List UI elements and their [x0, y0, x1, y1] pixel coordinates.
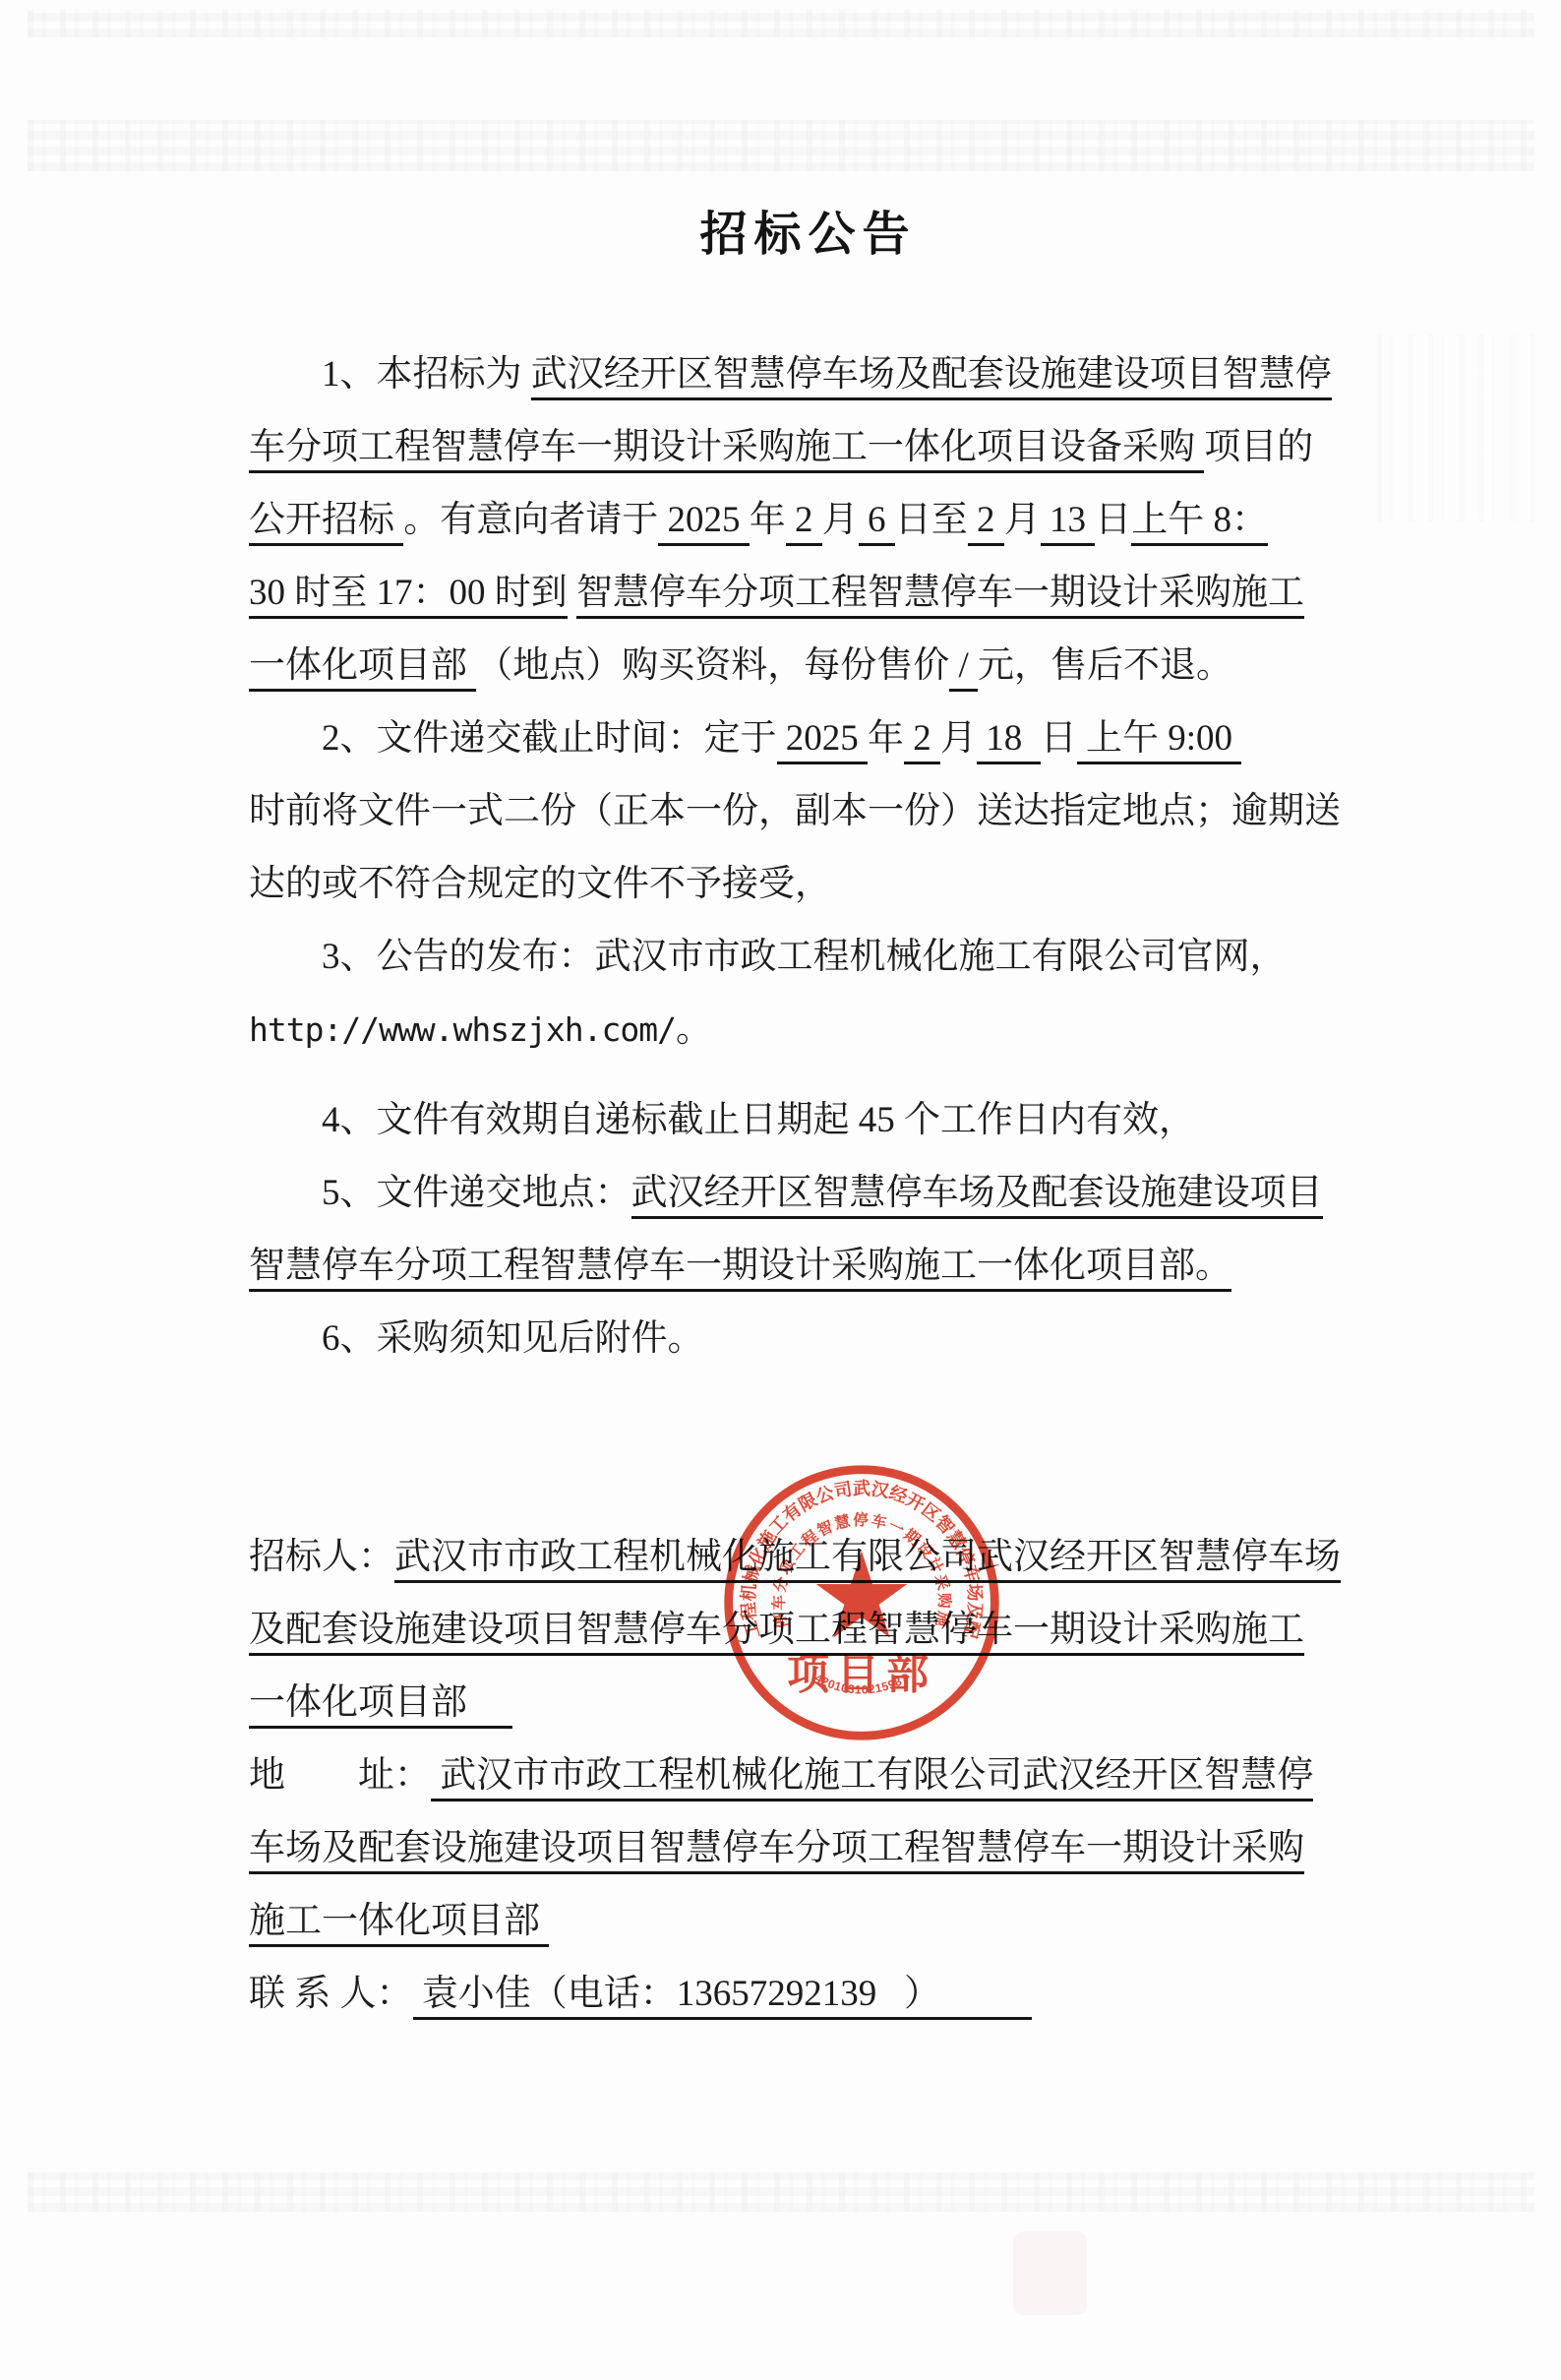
filled-blank-text: 智慧停车分项工程智慧停车一期设计采购施工一体化项目部。	[249, 1246, 1231, 1292]
text-segment: 日	[1095, 500, 1131, 540]
filled-blank-text: 公开招标	[249, 500, 403, 546]
scan-noise-top	[28, 10, 1534, 37]
filled-blank-text: 2	[904, 718, 940, 764]
text-segment: 日	[1041, 718, 1077, 759]
text-segment: （地点）购买资料，每份售价	[476, 645, 949, 686]
doc-line: 及配套设施建设项目智慧停车分项工程智慧停车一期设计采购施工	[249, 1594, 1367, 1667]
filled-blank-text: 智慧停车分项工程智慧停车一期设计采购施工	[576, 573, 1304, 619]
text-segment: http://www.whszjxh.com/	[249, 1010, 676, 1049]
scanned-tender-notice-page: 招标公告 1、本招标为 武汉经开区智慧停车场及配套设施建设项目智慧停车分项工程智…	[0, 0, 1561, 2380]
filled-blank-text: 2	[968, 500, 1004, 546]
filled-blank-text: 18	[977, 718, 1041, 764]
filled-blank-text: 上午 8：	[1131, 500, 1268, 546]
text-segment: 月	[1004, 500, 1041, 540]
text-segment: 1、本招标为	[322, 354, 531, 395]
doc-line: 招标人：武汉市市政工程机械化施工有限公司武汉经开区智慧停车场	[249, 1521, 1367, 1594]
scan-noise-bottom	[28, 2172, 1534, 2212]
filled-blank-text: 2025	[777, 718, 869, 764]
doc-line: 联 系 人： 袁小佳（电话：13657292139 ）	[249, 1958, 1367, 2031]
scan-smudge	[1013, 2231, 1087, 2315]
filled-blank-text: 武汉市市政工程机械化施工有限公司武汉经开区智慧停	[431, 1755, 1313, 1801]
filled-blank-text: 一体化项目部	[249, 645, 476, 692]
filled-blank-text: 2	[786, 500, 822, 546]
doc-line: 达的或不符合规定的文件不予接受，	[249, 848, 1367, 921]
page-title: 招标公告	[249, 205, 1367, 266]
filled-blank-text: 施工一体化项目部	[249, 1901, 549, 1947]
doc-line: 车场及配套设施建设项目智慧停车分项工程智慧停车一期设计采购	[249, 1812, 1367, 1885]
doc-line: 车分项工程智慧停车一期设计采购施工一体化项目设备采购 项目的	[249, 411, 1367, 484]
doc-line: 施工一体化项目部	[249, 1885, 1367, 1958]
text-segment: 4、文件有效期自递标截止日期起 45 个工作日内有效，	[322, 1100, 1195, 1140]
scan-noise-right	[1377, 335, 1534, 521]
text-segment: 日至	[895, 500, 968, 540]
filled-blank-text: 13	[1041, 500, 1096, 546]
doc-line: 2、文件递交截止时间：定于 2025 年 2 月 18 日 上午 9:00	[249, 702, 1367, 775]
text-segment: 元，售后不退。	[978, 645, 1232, 686]
scan-noise-upper	[28, 120, 1534, 171]
text-segment: 达的或不符合规定的文件不予接受，	[249, 864, 831, 904]
doc-line: 1、本招标为 武汉经开区智慧停车场及配套设施建设项目智慧停	[249, 338, 1367, 411]
text-segment: 6、采购须知见后附件。	[322, 1318, 704, 1359]
text-segment: 5、文件递交地点：	[322, 1173, 631, 1213]
doc-line: 时前将文件一式二份（正本一份，副本一份）送达指定地点；逾期送	[249, 775, 1367, 848]
doc-line: 公开招标 。有意向者请于 2025 年 2 月 6 日至 2 月 13 日上午 …	[249, 484, 1367, 557]
filled-blank-text: 车分项工程智慧停车一期设计采购施工一体化项目设备采购	[249, 427, 1204, 473]
filled-blank-text: 6	[859, 500, 895, 546]
text-segment: 地 址：	[249, 1755, 431, 1796]
text-segment: 年	[868, 718, 904, 759]
notice-body: 1、本招标为 武汉经开区智慧停车场及配套设施建设项目智慧停车分项工程智慧停车一期…	[249, 338, 1367, 1375]
text-segment	[568, 573, 576, 613]
text-segment: 联 系 人：	[249, 1974, 413, 2014]
doc-line: 30 时至 17：00 时到 智慧停车分项工程智慧停车一期设计采购施工	[249, 557, 1367, 630]
text-segment: 时前将文件一式二份（正本一份，副本一份）送达指定地点；逾期送	[249, 791, 1341, 831]
filled-blank-text: 袁小佳（电话：13657292139 ）	[413, 1974, 1032, 2020]
filled-blank-text: 30 时至 17：00 时到	[249, 573, 568, 619]
doc-line: 一体化项目部 （地点）购买资料，每份售价 / 元，售后不退。	[249, 630, 1367, 702]
text-segment: 。	[676, 1009, 712, 1050]
text-segment: 招标人：	[249, 1537, 394, 1577]
filled-blank-text: 上午 9:00	[1077, 718, 1242, 764]
doc-line: http://www.whszjxh.com/。	[249, 994, 1367, 1067]
doc-line: 3、公告的发布：武汉市市政工程机械化施工有限公司官网，	[249, 921, 1367, 994]
text-segment: 月	[940, 718, 977, 759]
filled-blank-text: 武汉市市政工程机械化施工有限公司武汉经开区智慧停车场	[394, 1537, 1341, 1583]
filled-blank-text: 武汉经开区智慧停车场及配套设施建设项目智慧停	[531, 354, 1332, 400]
text-segment: 3、公告的发布：武汉市市政工程机械化施工有限公司官网，	[322, 937, 1287, 977]
doc-line: 6、采购须知见后附件。	[249, 1303, 1367, 1375]
text-segment: 月	[822, 500, 859, 540]
doc-line: 地 址： 武汉市市政工程机械化施工有限公司武汉经开区智慧停	[249, 1739, 1367, 1812]
filled-blank-text: 及配套设施建设项目智慧停车分项工程智慧停车一期设计采购施工	[249, 1610, 1304, 1656]
doc-line: 4、文件有效期自递标截止日期起 45 个工作日内有效，	[249, 1084, 1367, 1157]
doc-line: 一体化项目部	[249, 1667, 1367, 1739]
doc-line: 5、文件递交地点：武汉经开区智慧停车场及配套设施建设项目	[249, 1157, 1367, 1230]
filled-blank-text: 2025	[658, 500, 750, 546]
filled-blank-text: /	[949, 645, 978, 692]
filled-blank-text: 武汉经开区智慧停车场及配套设施建设项目	[631, 1173, 1323, 1219]
text-segment: 年	[750, 500, 786, 540]
text-segment: 2、文件递交截止时间：定于	[322, 718, 777, 759]
text-segment: 项目的	[1204, 427, 1313, 467]
doc-line: 智慧停车分项工程智慧停车一期设计采购施工一体化项目部。	[249, 1230, 1367, 1303]
text-segment: 。有意向者请于	[403, 500, 658, 540]
filled-blank-text: 一体化项目部	[249, 1682, 512, 1729]
notice-footer: 招标人：武汉市市政工程机械化施工有限公司武汉经开区智慧停车场及配套设施建设项目智…	[249, 1521, 1367, 2031]
filled-blank-text: 车场及配套设施建设项目智慧停车分项工程智慧停车一期设计采购	[249, 1828, 1304, 1874]
